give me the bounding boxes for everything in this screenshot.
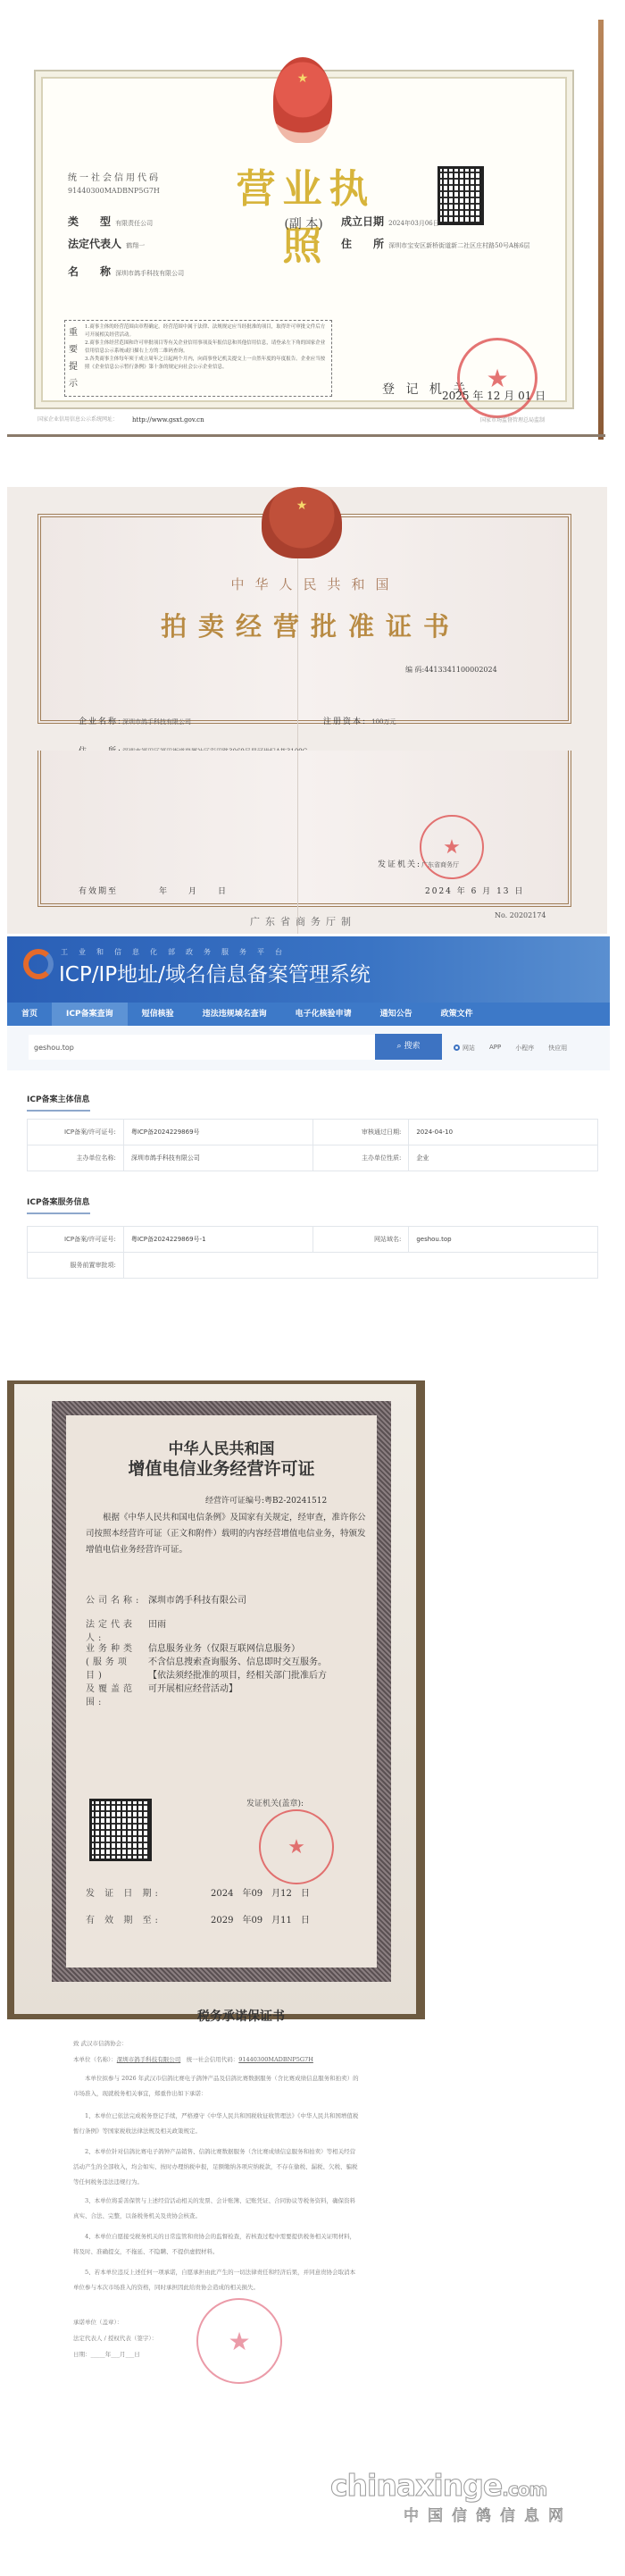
option-website[interactable]: 网站 <box>454 1044 475 1053</box>
issue-date-row: 发 证 日 期:2024 年09 月12 日 <box>86 1885 310 1899</box>
letter-recipient: 致 武汉市信鸽协会： <box>73 2039 359 2048</box>
system-title: ICP/IP地址/域名信息备案管理系统 <box>59 958 371 987</box>
main-nav: 首页 ICP备案查询 短信核验 违法违规域名查询 电子化核验申请 通知公告 政策… <box>7 1003 610 1026</box>
nav-illegal-domain[interactable]: 违法违规域名查询 <box>188 1003 281 1026</box>
nav-e-verify[interactable]: 电子化核验申请 <box>281 1003 366 1026</box>
national-emblem-icon: ★ <box>273 57 332 143</box>
important-notice-box: 重要提示 1.商事主体的经营范围由章程确定。经营范围中属于法律、法规规定应当经批… <box>64 320 332 397</box>
letter-item-1: 1、本单位已依法完成税务登记手续，严格遵守《中华人民共和国税收征收管理法》《中华… <box>73 2109 359 2139</box>
valid-value: 年 月 日 <box>159 885 228 896</box>
credit-code-value: 91440300MADBNP5G7H <box>68 187 160 195</box>
maker-label: 广东省商务厅制 <box>250 914 356 928</box>
company-field: 企业名称:深圳市鸽手科技有限公司 <box>79 710 191 727</box>
issuer-label: 发证机关(盖章): <box>246 1797 304 1808</box>
license-subtitle: (副 本) <box>268 214 339 232</box>
field-legal-rep: 法定代表人 鹤翔一 <box>68 234 145 251</box>
field-name: 名 称 深圳市鸽手科技有限公司 <box>68 262 184 279</box>
title-license: 增值电信业务经营许可证 <box>70 1456 373 1480</box>
letter-title: 税务承诺保证书 <box>54 2007 429 2025</box>
notice-side-label: 重要提示 <box>69 324 79 392</box>
sign-unit: 承诺单位（盖章）： <box>73 2318 359 2327</box>
legal-rep-row: 法定代表人:田雨 <box>86 1616 166 1643</box>
sign-date: 日期：_____年___月___日 <box>73 2350 359 2359</box>
option-app[interactable]: APP <box>489 1044 501 1053</box>
nav-sms-verify[interactable]: 短信核验 <box>128 1003 188 1026</box>
footer-right: 国家市场监督管理总局监制 <box>480 415 545 424</box>
seal-stamp-icon: ★ <box>457 338 537 418</box>
valid-date-row: 有 效 期 至:2029 年09 月11 日 <box>86 1912 310 1926</box>
footer-left: 国家企业信用信息公示系统网址： <box>37 415 118 423</box>
footer-url: http://www.gsxt.gov.cn <box>132 416 204 424</box>
letter-intro: 本单位拟参与 2026 年武汉市信鸽比赛电子鸽钟产品及信鸽比赛数据服务（含比赛成… <box>73 2071 359 2102</box>
subject-info-table: ICP备案/许可证号: 粤ICP备2024229869号 审核通过日期: 202… <box>27 1119 598 1171</box>
auction-permit-photo: ★ 中华人民共和国 拍卖经营批准证书 编 码:4413341100002024 … <box>7 487 607 751</box>
qr-code-icon <box>89 1799 152 1861</box>
watermark-domain: chinaxinge.com <box>330 2468 572 2503</box>
site-watermark: chinaxinge.com 中国信鸽信息网 <box>330 2468 572 2525</box>
letter-item-2: 2、本单位针对信鸽比赛电子鸽钟产品销售、信鸽比赛数据服务（含比赛成绩信息服务和拍… <box>73 2144 359 2190</box>
nav-icp-query[interactable]: ICP备案查询 <box>52 1003 128 1026</box>
permit-number: 编 码:4413341100002024 <box>405 665 497 675</box>
radio-selected-icon <box>454 1045 460 1051</box>
table-row: ICP备案/许可证号: 粤ICP备2024229869号-1 网站域名: ges… <box>28 1227 598 1253</box>
search-button[interactable]: ⌕ 搜索 <box>375 1034 442 1060</box>
seal-stamp-icon: ★ <box>259 1809 334 1884</box>
credit-code-label: 统一社会信用代码 <box>68 170 161 183</box>
wood-edge <box>598 20 604 440</box>
valid-label: 有效期至 <box>79 885 118 896</box>
business-license-photo: ★ 统一社会信用代码 91440300MADBNP5G7H 营业执照 (副 本)… <box>0 0 625 442</box>
telecom-license-photo: 中华人民共和国 增值电信业务经营许可证 经营许可证编号:粤B2-20241512… <box>7 1380 425 2019</box>
qr-code-icon <box>437 166 484 225</box>
sign-representative: 法定代表人 / 授权代表（签字）： <box>73 2334 359 2343</box>
capital-field: 注册资本: 100万元 <box>323 710 396 727</box>
section-title: ICP备案主体信息 <box>27 1095 90 1112</box>
service-info-table: ICP备案/许可证号: 粤ICP备2024229869号-1 网站域名: ges… <box>27 1226 598 1279</box>
search-bar: ⌕ 搜索 网站 APP 小程序 快应用 <box>7 1026 610 1070</box>
notice-line: 1.商事主体的经营范围由章程确定。经营范围中属于法律、法规规定应当经批准的项目，… <box>85 323 328 340</box>
table-row: 服务前置审批项: <box>28 1253 598 1279</box>
section-title: ICP备案服务信息 <box>27 1198 90 1214</box>
issue-date: 2024 年 6 月 13 日 <box>425 885 524 896</box>
notice-line: 3.各类商事主体每年须于成立周年之日起两个月内，向商事登记机关提交上一自然年度的… <box>85 356 328 372</box>
icp-header: 工业和信息化部政务服务平台 ICP/IP地址/域名信息备案管理系统 首页 ICP… <box>7 936 610 1026</box>
nav-notices[interactable]: 通知公告 <box>366 1003 427 1026</box>
serial-number: No. 20202174 <box>495 911 546 919</box>
national-emblem-icon: ★ <box>262 487 342 558</box>
license-paragraph: 根据《中华人民共和国电信条例》及国家有关规定，经审查，准许你公司按照本经营许可证… <box>86 1510 370 1558</box>
field-established: 成立日期 2024年03月06日 <box>341 212 439 229</box>
auction-permit-lower: ★ 发证机关:广东省商务厅 有效期至 年 月 日 2024 年 6 月 13 日… <box>7 751 607 934</box>
nav-home[interactable]: 首页 <box>7 1003 52 1026</box>
divider <box>7 434 605 437</box>
option-quick-app[interactable]: 快应用 <box>548 1044 567 1053</box>
platform-subtitle: 工业和信息化部政务服务平台 <box>61 947 293 957</box>
field-address: 住 所 深圳市宝安区新桥街道新二社区庄村路50号A栋6层 <box>341 234 575 251</box>
letter-unit-line: 本单位（名称）：深圳市鸽手科技有限公司 统一社会信用代码：91440300MAD… <box>73 2055 359 2064</box>
search-type-options: 网站 APP 小程序 快应用 <box>454 1044 567 1053</box>
miit-logo-icon <box>23 949 54 979</box>
search-input[interactable] <box>29 1035 375 1060</box>
table-row: ICP备案/许可证号: 粤ICP备2024229869号 审核通过日期: 202… <box>28 1120 598 1145</box>
option-mini-program[interactable]: 小程序 <box>515 1044 534 1053</box>
permit-title: 拍卖经营批准证书 <box>114 607 507 643</box>
letter-item-4: 4、本单位自愿接受税务机关的日常监管和贵协会的监督检查，若核查过程中需要提供税务… <box>73 2229 359 2260</box>
notice-line: 2.商事主体经营范围和许可审批项目等有关企业信用事项及年报信息和其他信用信息，请… <box>85 340 328 356</box>
watermark-site-name: 中国信鸽信息网 <box>404 2503 572 2525</box>
nav-policy[interactable]: 政策文件 <box>427 1003 487 1026</box>
issuer-field: 发证机关:广东省商务厅 <box>378 853 459 870</box>
tax-commitment-letter: 税务承诺保证书 致 武汉市信鸽协会： 本单位（名称）：深圳市鸽手科技有限公司 统… <box>54 1984 554 2359</box>
table-row: 主办单位名称: 深圳市鸽手科技有限公司 主办单位性质: 企业 <box>28 1145 598 1171</box>
country-name: 中华人民共和国 <box>204 575 427 593</box>
company-row: 公司名称:深圳市鸽手科技有限公司 <box>86 1592 246 1606</box>
service-section: ICP备案服务信息 <box>27 1191 90 1208</box>
issue-date: 2025 年 12 月 01 日 <box>442 388 546 403</box>
letter-item-5: 5、若本单位违反上述任何一项承诺，自愿承担由此产生的一切法律责任和经济后果，并同… <box>73 2265 359 2295</box>
letter-item-3: 3、本单位将妥善保管与上述经营活动相关的发票、会计账簿、记账凭证、合同协议等税务… <box>73 2194 359 2224</box>
field-type: 类 型 有限责任公司 <box>68 212 153 229</box>
license-number: 经营许可证编号:粤B2-20241512 <box>205 1494 327 1506</box>
subject-section: ICP备案主体信息 <box>27 1088 90 1105</box>
business-row: 业务种类(服务项目)及覆盖范围: 信息服务业务（仅限互联网信息服务） 不含信息搜… <box>86 1642 366 1709</box>
